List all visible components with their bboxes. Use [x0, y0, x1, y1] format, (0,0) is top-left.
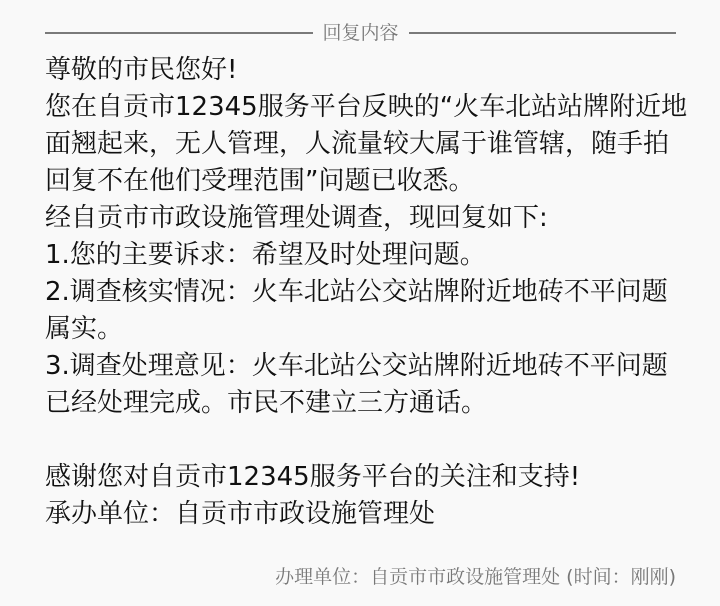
divider-line-right: [409, 32, 677, 34]
reply-line: 1.您的主要诉求：希望及时处理问题。: [45, 237, 685, 274]
reply-line: 属实。: [45, 311, 685, 348]
reply-line: 3.调查处理意见：火车北站公交站牌附近地砖不平问题: [45, 348, 685, 385]
closing-thanks: 感谢您对自贡市12345服务平台的关注和支持!: [45, 459, 685, 496]
section-title: 回复内容: [313, 20, 409, 46]
reply-line: 已经处理完成。市民不建立三方通话。: [45, 385, 685, 422]
blank-line: [45, 422, 685, 459]
reply-line: 尊敬的市民您好!: [45, 52, 685, 89]
reply-content: 尊敬的市民您好! 您在自贡市12345服务平台反映的“火车北站站牌附近地 面翘起…: [45, 52, 685, 533]
section-divider: 回复内容: [45, 20, 676, 46]
closing-handler: 承办单位：自贡市市政设施管理处: [45, 496, 685, 533]
divider-line-left: [45, 32, 313, 34]
reply-line: 面翘起来，无人管理，人流量较大属于谁管辖，随手拍: [45, 126, 685, 163]
reply-line: 经自贡市市政设施管理处调查，现回复如下:: [45, 200, 685, 237]
reply-line: 回复不在他们受理范围”问题已收悉。: [45, 163, 685, 200]
reply-line: 您在自贡市12345服务平台反映的“火车北站站牌附近地: [45, 89, 685, 126]
reply-line: 2.调查核实情况：火车北站公交站牌附近地砖不平问题: [45, 274, 685, 311]
handler-footer: 办理单位：自贡市市政设施管理处 (时间：刚刚): [275, 563, 676, 591]
